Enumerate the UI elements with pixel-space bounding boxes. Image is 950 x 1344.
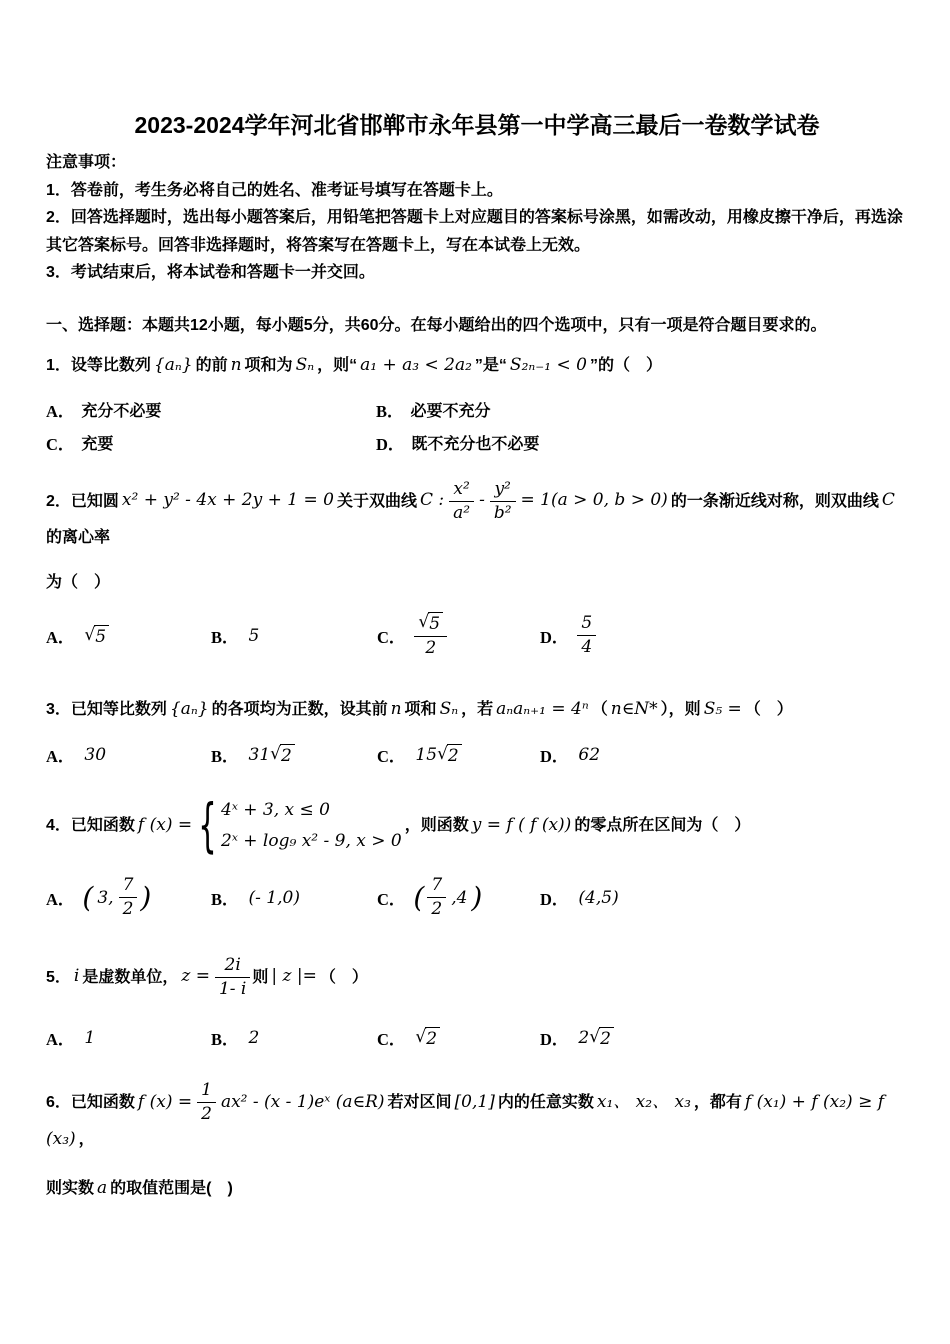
option-label: B． <box>211 886 239 910</box>
q5-text: 则 <box>252 968 268 985</box>
sqrt-radicand: 2 <box>599 1027 614 1049</box>
q1-text: 的前 <box>196 357 228 374</box>
q3-text: 项和 <box>405 701 437 718</box>
fraction: y²b² <box>488 479 518 525</box>
option-label: C． <box>377 624 405 648</box>
q3-sequence-notation: {aₙ} <box>167 699 212 719</box>
q1-option-C: C．充要 <box>46 431 376 455</box>
fraction-numerator: x² <box>449 479 474 502</box>
q5-option-A: A．1 <box>46 1026 211 1050</box>
q4-option-B: B．(- 1,0) <box>211 886 377 910</box>
option-value: 5 <box>246 626 263 646</box>
fraction-numerator: 7 <box>119 875 138 898</box>
notice-item-3: 3．考试结束后，将本试卷和答题卡一并交回。 <box>46 259 908 287</box>
fraction-numerator: √5 <box>414 612 447 637</box>
q5-text: （ ） <box>320 968 368 985</box>
q4-text: ，则函数 <box>405 817 469 834</box>
piecewise-case-2: 2ˣ + log₉ x² - 9, x > 0 <box>218 828 405 856</box>
option-text: 必要不充分 <box>411 398 491 421</box>
page-title: 2023-2024学年河北省邯郸市永年县第一中学高三最后一卷数学试卷 <box>46 110 908 140</box>
question-2: 2．已知圆x² + y² - 4x + 2y + 1 = 0关于双曲线C :x²… <box>46 479 908 660</box>
q6-text: ，都有 <box>694 1094 742 1111</box>
q3-text: 3．已知等比数列 <box>46 701 167 718</box>
q2-option-D: D．54 <box>540 613 908 659</box>
sqrt-expression: √2 <box>437 744 465 766</box>
sqrt-expression: √2 <box>589 1027 617 1049</box>
section-1-heading: 一、选择题：本题共12小题，每小题5分，共60分。在每小题给出的四个选项中，只有… <box>46 312 908 340</box>
option-label: B． <box>211 624 239 648</box>
q2-equation-tail: = 1(a > 0, b > 0) <box>518 490 671 510</box>
q6-text: 6．已知函数 <box>46 1094 135 1111</box>
q3-sum-notation: Sₙ <box>437 699 462 719</box>
option-label: B． <box>211 743 239 767</box>
question-1-text: 1．设等比数列{aₙ}的前n项和为Sₙ，则“a₁ + a₃ < 2a₂”是“S₂… <box>46 352 908 380</box>
q3-domain: n∈N* <box>608 699 661 719</box>
q3-text: ，若 <box>461 701 493 718</box>
option-label: A． <box>46 886 74 910</box>
option-coefficient: 31 <box>246 745 271 765</box>
option-label: D． <box>540 1026 568 1050</box>
question-6-text-line2: 则实数a的取值范围是( ) <box>46 1175 908 1203</box>
sqrt-expression: √5 <box>81 625 112 647</box>
q4-option-A: A．(3,72) <box>46 875 211 921</box>
q2-minus: - <box>476 490 488 510</box>
fraction: 54 <box>575 613 598 659</box>
question-6-text: 6．已知函数f (x) =12ax² - (x - 1)eˣ (a∈R)若对区间… <box>46 1080 908 1153</box>
option-label: C． <box>377 886 405 910</box>
question-3: 3．已知等比数列{aₙ}的各项均为正数，设其前n项和Sₙ，若aₙaₙ₊₁ = 4… <box>46 696 908 768</box>
fraction-denominator: 2 <box>119 898 138 920</box>
q2-option-C: C．√52 <box>377 612 540 660</box>
q2-option-A: A．√5 <box>46 624 211 648</box>
q3-option-A: A．30 <box>46 743 211 767</box>
option-label: C． <box>377 1026 405 1050</box>
sqrt-radicand: 5 <box>94 625 109 647</box>
q2-text: 的离心率 <box>46 529 110 546</box>
q3-option-C: C．15√2 <box>377 743 540 767</box>
q6-variables: x₁、 x₂、 x₃ <box>594 1092 694 1112</box>
q6-text: 内的任意实数 <box>498 1094 594 1111</box>
sqrt-expression: √5 <box>418 612 443 635</box>
q1-option-B: B．必要不充分 <box>376 398 908 422</box>
q3-text: 的各项均为正数，设其前 <box>212 701 388 718</box>
q1-text: 1．设等比数列 <box>46 357 151 374</box>
q1-text: ”是“ <box>475 357 507 374</box>
fraction-denominator: a² <box>449 502 474 524</box>
q1-options-row-1: A．充分不必要 B．必要不充分 <box>46 398 908 422</box>
sqrt-radicand: 2 <box>425 1027 440 1049</box>
fraction-numerator: 1 <box>197 1080 216 1103</box>
q5-modulus: | z |= <box>268 966 319 986</box>
q3-text: （ ） <box>745 701 793 718</box>
close-paren: ) <box>139 884 152 912</box>
q3-options-row: A．30 B．31√2 C．15√2 D．62 <box>46 743 908 767</box>
q4-option-D: D．(4,5) <box>540 886 908 910</box>
open-paren: ( <box>412 884 425 912</box>
close-paren: ) <box>470 884 483 912</box>
q2-text: 的一条渐近线对称，则双曲线 <box>671 492 879 509</box>
piecewise-case-1: 4ˣ + 3, x ≤ 0 <box>218 797 405 825</box>
exam-paper-page: 2023-2024学年河北省邯郸市永年县第一中学高三最后一卷数学试卷 注意事项：… <box>0 0 950 1344</box>
option-value: 1 <box>81 1028 98 1048</box>
question-1: 1．设等比数列{aₙ}的前n项和为Sₙ，则“a₁ + a₃ < 2a₂”是“S₂… <box>46 352 908 455</box>
question-4: 4．已知函数f (x) ={4ˣ + 3, x ≤ 02ˣ + log₉ x² … <box>46 797 908 921</box>
question-2-text: 2．已知圆x² + y² - 4x + 2y + 1 = 0关于双曲线C :x²… <box>46 479 908 552</box>
fraction-numerator: 7 <box>427 875 446 898</box>
q2-var-C: C <box>879 490 898 510</box>
notice-item-2: 2．回答选择题时，选出每小题答案后，用铅笔把答题卡上对应题目的答案标号涂黑，如需… <box>46 204 908 259</box>
fraction-denominator: b² <box>490 502 516 524</box>
option-value: 30 <box>81 745 109 765</box>
option-label: C． <box>46 431 74 455</box>
option-label: C． <box>377 743 405 767</box>
q1-option-D: D．既不充分也不必要 <box>376 431 908 455</box>
q4-composite-function: y = f ( f (x)) <box>469 815 575 835</box>
q1-sequence-notation: {aₙ} <box>151 355 196 375</box>
q4-options-row: A．(3,72) B．(- 1,0) C．(72,4) D．(4,5) <box>46 875 908 921</box>
fraction-numerator: 5 <box>577 613 596 636</box>
fraction-numerator: 2i <box>215 955 250 978</box>
option-text: 既不充分也不必要 <box>411 431 539 454</box>
option-label: D． <box>540 624 568 648</box>
option-label: A． <box>46 743 74 767</box>
option-text: 充要 <box>81 431 113 454</box>
q1-text: ，则“ <box>317 357 357 374</box>
notice-item-1: 1．答卷前，考生务必将自己的姓名、准考证号填写在答题卡上。 <box>46 177 908 205</box>
sqrt-expression: √2 <box>270 744 298 766</box>
q5-imaginary-unit: i <box>71 966 82 986</box>
q2-options-row: A．√5 B．5 C．√52 D．54 <box>46 612 908 660</box>
q5-text: 5． <box>46 968 71 985</box>
fraction-denominator: 2 <box>197 1103 216 1125</box>
q5-option-B: B．2 <box>211 1026 377 1050</box>
q2-text-line2: 为（ ） <box>46 569 908 597</box>
q1-options-row-2: C．充要 D．既不充分也不必要 <box>46 431 908 455</box>
question-5: 5．i是虚数单位，z =2i1- i则| z |=（ ） A．1 B．2 C．√… <box>46 955 908 1051</box>
q5-options-row: A．1 B．2 C．√2 D．2√2 <box>46 1026 908 1050</box>
q4-function-lhs: f (x) = <box>135 815 195 835</box>
piecewise-brace: { <box>198 801 216 850</box>
option-label: A． <box>46 398 74 422</box>
q1-text: ”的（ ） <box>590 357 662 374</box>
q5-text: 是虚数单位， <box>82 968 178 985</box>
q3-option-B: B．31√2 <box>211 743 377 767</box>
fraction: 12 <box>195 1080 218 1126</box>
q3-option-D: D．62 <box>540 743 908 767</box>
sqrt-expression: √2 <box>412 1027 443 1049</box>
q2-option-B: B．5 <box>211 624 377 648</box>
fraction-denominator: 4 <box>577 636 596 658</box>
interval-right: ,4 <box>448 888 470 908</box>
piecewise-cases: 4ˣ + 3, x ≤ 02ˣ + log₉ x² - 9, x > 0 <box>218 797 405 855</box>
piecewise-function: {4ˣ + 3, x ≤ 02ˣ + log₉ x² - 9, x > 0 <box>195 797 405 855</box>
q6-text: 若对区间 <box>388 1094 452 1111</box>
fraction-numerator: y² <box>490 479 516 502</box>
fraction: 72 <box>425 875 448 921</box>
option-value: (4,5) <box>575 888 621 908</box>
option-label: B． <box>211 1026 239 1050</box>
notice-heading: 注意事项： <box>46 149 908 177</box>
fraction-denominator: 1- i <box>215 978 250 1000</box>
q1-condition-2: S₂ₙ₋₁ < 0 <box>507 355 590 375</box>
q1-sum-notation: Sₙ <box>293 355 318 375</box>
q6-interval: [0,1] <box>452 1092 498 1112</box>
q3-text: （ <box>592 701 608 718</box>
q6-text: 则实数 <box>46 1180 94 1197</box>
q6-var-a: a <box>94 1178 110 1198</box>
option-value: 2 <box>246 1028 263 1048</box>
option-label: D． <box>540 743 568 767</box>
q4-text: 的零点所在区间为（ ） <box>574 817 750 834</box>
option-label: D． <box>540 886 568 910</box>
q5-option-D: D．2√2 <box>540 1026 908 1050</box>
q2-circle-equation: x² + y² - 4x + 2y + 1 = 0 <box>119 490 337 510</box>
option-text: 充分不必要 <box>81 398 161 421</box>
option-label: A． <box>46 1026 74 1050</box>
q6-text: ， <box>79 1131 95 1148</box>
fraction: x²a² <box>447 479 476 525</box>
q2-text: 关于双曲线 <box>337 492 417 509</box>
sqrt-radicand: 5 <box>428 612 443 635</box>
q3-var-n: n <box>388 699 405 719</box>
q5-z-lhs: z = <box>178 966 213 986</box>
sqrt-radicand: 2 <box>447 744 462 766</box>
fraction: 72 <box>117 875 140 921</box>
interval-left: 3, <box>94 888 116 908</box>
option-coefficient: 15 <box>412 745 437 765</box>
q3-condition: aₙaₙ₊₁ = 4ⁿ <box>493 699 592 719</box>
q2-text: 2．已知圆 <box>46 492 119 509</box>
q1-condition-1: a₁ + a₃ < 2a₂ <box>357 355 475 375</box>
q6-function-rhs: ax² - (x - 1)eˣ (a∈R) <box>218 1092 388 1112</box>
option-label: A． <box>46 624 74 648</box>
q6-text: 的取值范围是( ) <box>110 1180 233 1197</box>
fraction-denominator: 2 <box>414 637 447 659</box>
q1-text: 项和为 <box>245 357 293 374</box>
q5-option-C: C．√2 <box>377 1026 540 1050</box>
question-4-text: 4．已知函数f (x) ={4ˣ + 3, x ≤ 02ˣ + log₉ x² … <box>46 797 908 855</box>
q1-var-n: n <box>228 355 245 375</box>
fraction: √52 <box>412 612 449 660</box>
option-label: B． <box>376 398 404 422</box>
q4-text: 4．已知函数 <box>46 817 135 834</box>
q1-option-A: A．充分不必要 <box>46 398 376 422</box>
option-label: D． <box>376 431 404 455</box>
q3-text: ），则 <box>661 701 701 718</box>
open-paren: ( <box>81 884 94 912</box>
option-coefficient: 2 <box>575 1028 589 1048</box>
question-3-text: 3．已知等比数列{aₙ}的各项均为正数，设其前n项和Sₙ，若aₙaₙ₊₁ = 4… <box>46 696 908 724</box>
q4-option-C: C．(72,4) <box>377 875 540 921</box>
fraction-denominator: 2 <box>427 898 446 920</box>
option-value: (- 1,0) <box>246 888 303 908</box>
q3-target: S₅ = <box>701 699 745 719</box>
question-5-text: 5．i是虚数单位，z =2i1- i则| z |=（ ） <box>46 955 908 1001</box>
option-value: 62 <box>575 745 603 765</box>
sqrt-radicand: 2 <box>280 744 295 766</box>
q2-hyperbola-label: C : <box>417 490 447 510</box>
fraction: 2i1- i <box>213 955 252 1001</box>
q6-function-lhs: f (x) = <box>135 1092 195 1112</box>
question-6: 6．已知函数f (x) =12ax² - (x - 1)eˣ (a∈R)若对区间… <box>46 1080 908 1203</box>
